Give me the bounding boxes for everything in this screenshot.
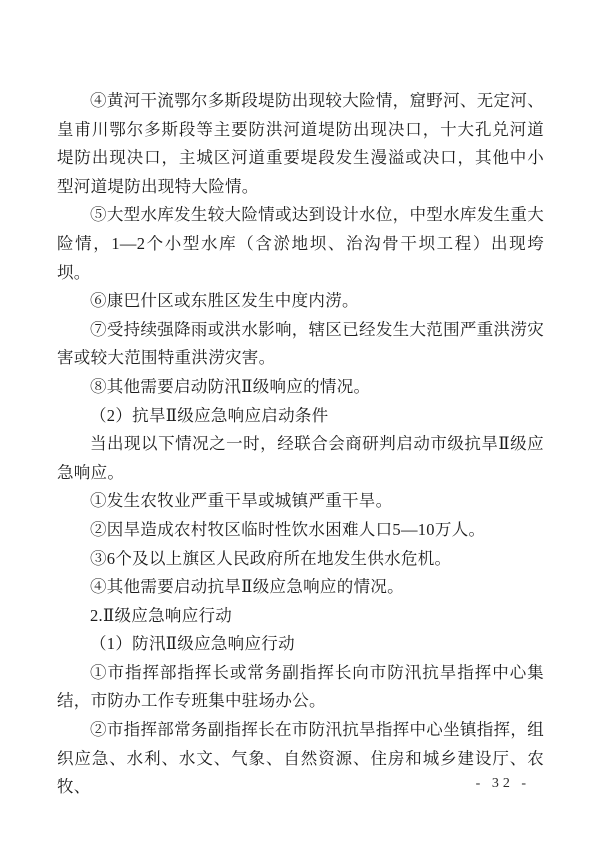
doc-paragraph: ④其他需要启动抗旱Ⅱ级应急响应的情况。	[57, 573, 544, 602]
doc-paragraph: ③6个及以上旗区人民政府所在地发生供水危机。	[57, 545, 544, 574]
doc-paragraph: ②市指挥部常务副指挥长在市防汛抗旱指挥中心坐镇指挥，组织应急、水利、水文、气象、…	[57, 716, 544, 802]
doc-paragraph: ⑧其他需要启动防汛Ⅱ级响应的情况。	[57, 373, 544, 402]
doc-section-heading: 2.Ⅱ级应急响应行动	[57, 602, 544, 631]
doc-paragraph: ⑥康巴什区或东胜区发生中度内涝。	[57, 287, 544, 316]
doc-paragraph: ①发生农牧业严重干旱或城镇严重干旱。	[57, 487, 544, 516]
doc-paragraph: ②因旱造成农村牧区临时性饮水困难人口5—10万人。	[57, 516, 544, 545]
doc-section-heading: （2）抗旱Ⅱ级应急响应启动条件	[57, 402, 544, 431]
page-number: - 32 -	[476, 774, 530, 794]
doc-paragraph: ⑦受持续强降雨或洪水影响，辖区已经发生大范围严重洪涝灾害或较大范围特重洪涝灾害。	[57, 316, 544, 373]
doc-section-heading: （1）防汛Ⅱ级应急响应行动	[57, 630, 544, 659]
doc-paragraph: 当出现以下情况之一时，经联合会商研判启动市级抗旱Ⅱ级应急响应。	[57, 430, 544, 487]
doc-paragraph: ⑤大型水库发生较大险情或达到设计水位，中型水库发生重大险情，1—2个小型水库（含…	[57, 201, 544, 287]
document-page: ④黄河干流鄂尔多斯段堤防出现较大险情，窟野河、无定河、皇甫川鄂尔多斯段等主要防洪…	[0, 0, 600, 847]
document-body: ④黄河干流鄂尔多斯段堤防出现较大险情，窟野河、无定河、皇甫川鄂尔多斯段等主要防洪…	[57, 87, 544, 802]
doc-paragraph: ④黄河干流鄂尔多斯段堤防出现较大险情，窟野河、无定河、皇甫川鄂尔多斯段等主要防洪…	[57, 87, 544, 201]
doc-paragraph: ①市指挥部指挥长或常务副指挥长向市防汛抗旱指挥中心集结，市防办工作专班集中驻场办…	[57, 659, 544, 716]
